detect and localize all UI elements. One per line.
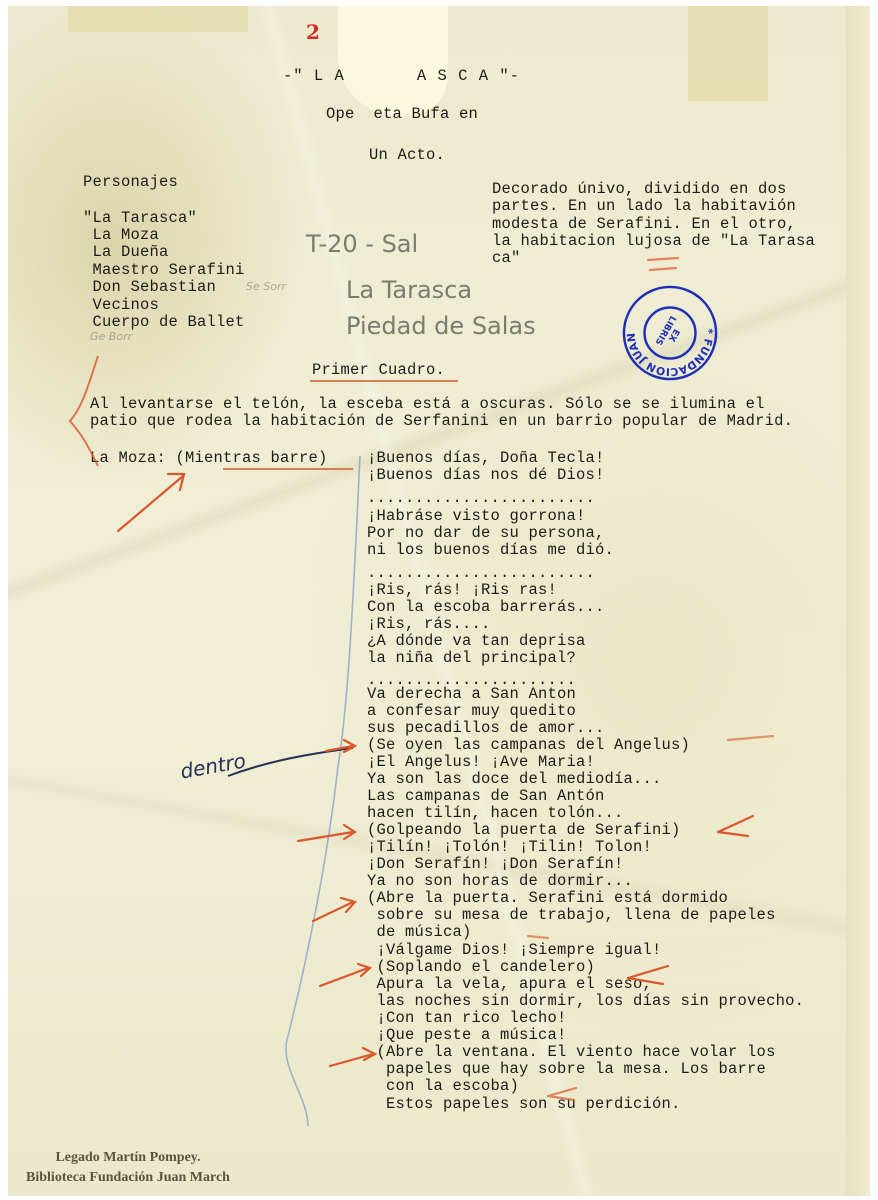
archive-credits: Legado Martín Pompey. Biblioteca Fundaci… xyxy=(8,1148,248,1188)
credits-line: Biblioteca Fundación Juan March xyxy=(8,1168,248,1188)
annotation-marks xyxy=(8,6,870,1196)
scanned-page: 2 -" L A A S C A "- Ope eta Bufa en Un A… xyxy=(8,6,870,1196)
credits-line: Legado Martín Pompey. xyxy=(8,1148,248,1168)
